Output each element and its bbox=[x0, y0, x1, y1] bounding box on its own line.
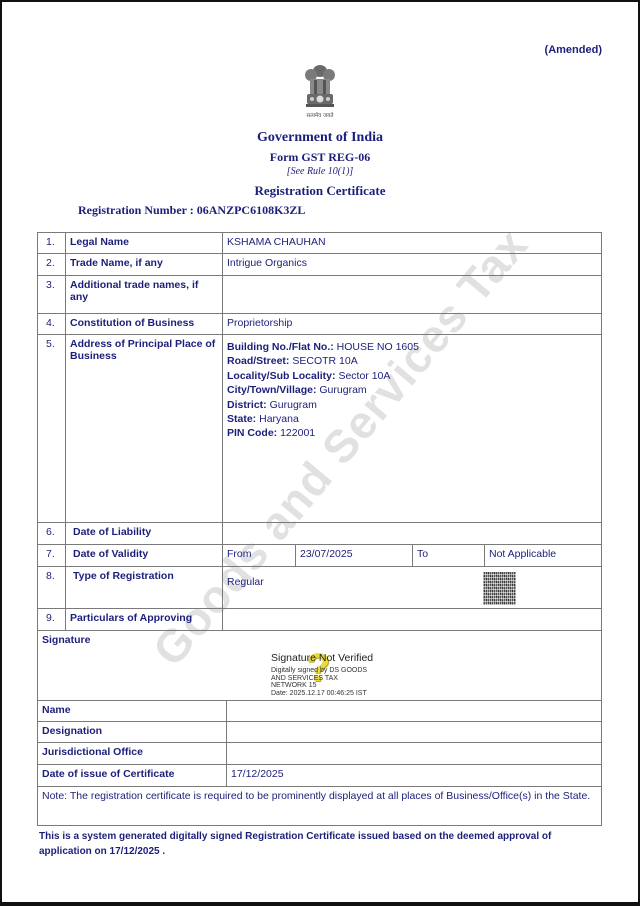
row-label: Date of Liability bbox=[66, 523, 223, 544]
date-of-issue-value: 17/12/2025 bbox=[227, 765, 601, 786]
table-row-date-of-issue: Date of issue of Certificate 17/12/2025 bbox=[38, 765, 601, 787]
note-row: Note: The registration certificate is re… bbox=[38, 787, 601, 825]
row-number: 5. bbox=[38, 335, 66, 522]
row-number: 2. bbox=[38, 254, 66, 275]
amended-label: (Amended) bbox=[545, 44, 602, 56]
table-row-additional-trade-names: 3. Additional trade names, if any bbox=[38, 276, 601, 314]
registration-number-label: Registration Number : bbox=[78, 203, 194, 217]
designation-value bbox=[227, 722, 601, 742]
national-emblem-icon: सत्यमेव जयते bbox=[300, 62, 340, 122]
table-row-designation: Designation bbox=[38, 722, 601, 743]
row-label: Designation bbox=[38, 722, 227, 742]
table-row-type-of-registration: 8. Type of Registration Regular bbox=[38, 567, 601, 609]
row-label: Date of issue of Certificate bbox=[38, 765, 227, 786]
address-city: City/Town/Village: Gurugram bbox=[227, 383, 597, 397]
particulars-of-approving-value bbox=[223, 609, 601, 630]
date-of-liability-value bbox=[223, 523, 601, 544]
row-label: Name bbox=[38, 701, 227, 721]
address-district: District: Gurugram bbox=[227, 398, 597, 412]
legal-name-value: KSHAMA CHAUHAN bbox=[223, 233, 601, 253]
row-number: 7. bbox=[38, 545, 66, 566]
signature-label: Signature bbox=[42, 634, 90, 646]
validity-to-value: Not Applicable bbox=[485, 545, 601, 566]
row-label: Constitution of Business bbox=[66, 314, 223, 334]
validity-from-label: From bbox=[223, 545, 296, 566]
table-row-constitution: 4. Constitution of Business Proprietorsh… bbox=[38, 314, 601, 335]
row-label: Particulars of Approving bbox=[66, 609, 223, 630]
table-row-trade-name: 2. Trade Name, if any Intrigue Organics bbox=[38, 254, 601, 276]
system-generated-footer: This is a system generated digitally sig… bbox=[39, 829, 604, 859]
signature-row: Signature ? Signature Not Verified Digit… bbox=[38, 631, 601, 701]
svg-text:सत्यमेव जयते: सत्यमेव जयते bbox=[306, 112, 334, 119]
row-label: Type of Registration bbox=[66, 567, 223, 608]
table-row-address: 5. Address of Principal Place of Busines… bbox=[38, 335, 601, 523]
address-pin: PIN Code: 122001 bbox=[227, 426, 597, 440]
note-text: Note: The registration certificate is re… bbox=[38, 787, 594, 825]
certificate-table: 1. Legal Name KSHAMA CHAUHAN 2. Trade Na… bbox=[37, 232, 602, 826]
table-row-jurisdictional-office: Jurisdictional Office bbox=[38, 743, 601, 765]
officer-name-value bbox=[227, 701, 601, 721]
row-label: Trade Name, if any bbox=[66, 254, 223, 275]
address-value: Building No./Flat No.: HOUSE NO 1605 Roa… bbox=[223, 335, 601, 522]
rule-reference: [See Rule 10(1)] bbox=[0, 166, 640, 177]
signature-details: Digitally signed by DS GOODS AND SERVICE… bbox=[271, 667, 421, 697]
row-label: Address of Principal Place of Business bbox=[66, 335, 223, 522]
trade-name-value: Intrigue Organics bbox=[223, 254, 601, 275]
row-label: Additional trade names, if any bbox=[66, 276, 223, 313]
address-building: Building No./Flat No.: HOUSE NO 1605 bbox=[227, 340, 597, 354]
row-label: Legal Name bbox=[66, 233, 223, 253]
table-row-legal-name: 1. Legal Name KSHAMA CHAUHAN bbox=[38, 233, 601, 254]
table-row-officer-name: Name bbox=[38, 701, 601, 722]
address-state: State: Haryana bbox=[227, 412, 597, 426]
table-row-date-of-liability: 6. Date of Liability bbox=[38, 523, 601, 545]
registration-number-value: 06ANZPC6108K3ZL bbox=[197, 203, 306, 217]
signature-status: Signature Not Verified bbox=[271, 652, 421, 664]
constitution-value: Proprietorship bbox=[223, 314, 601, 334]
type-of-registration-value: Regular bbox=[223, 567, 601, 608]
row-number: 1. bbox=[38, 233, 66, 253]
row-number: 6. bbox=[38, 523, 66, 544]
table-row-date-of-validity: 7. Date of Validity From 23/07/2025 To N… bbox=[38, 545, 601, 567]
digital-signature-block[interactable]: Signature Not Verified Digitally signed … bbox=[271, 652, 421, 697]
registration-number: Registration Number : 06ANZPC6108K3ZL bbox=[78, 203, 305, 218]
government-title: Government of India bbox=[0, 130, 640, 146]
row-number: 4. bbox=[38, 314, 66, 334]
qr-code-icon bbox=[483, 572, 516, 605]
certificate-title: Registration Certificate bbox=[0, 183, 640, 199]
jurisdictional-office-value bbox=[227, 743, 601, 764]
validity-to-label: To bbox=[413, 545, 485, 566]
validity-from-value: 23/07/2025 bbox=[296, 545, 413, 566]
address-road: Road/Street: SECOTR 10A bbox=[227, 354, 597, 368]
row-number: 3. bbox=[38, 276, 66, 313]
additional-trade-names-value bbox=[223, 276, 601, 313]
row-number: 9. bbox=[38, 609, 66, 630]
table-row-particulars-of-approving: 9. Particulars of Approving bbox=[38, 609, 601, 631]
form-title: Form GST REG-06 bbox=[0, 150, 640, 165]
row-label: Jurisdictional Office bbox=[38, 743, 227, 764]
row-number: 8. bbox=[38, 567, 66, 608]
address-locality: Locality/Sub Locality: Sector 10A bbox=[227, 369, 597, 383]
row-label: Date of Validity bbox=[66, 545, 223, 566]
